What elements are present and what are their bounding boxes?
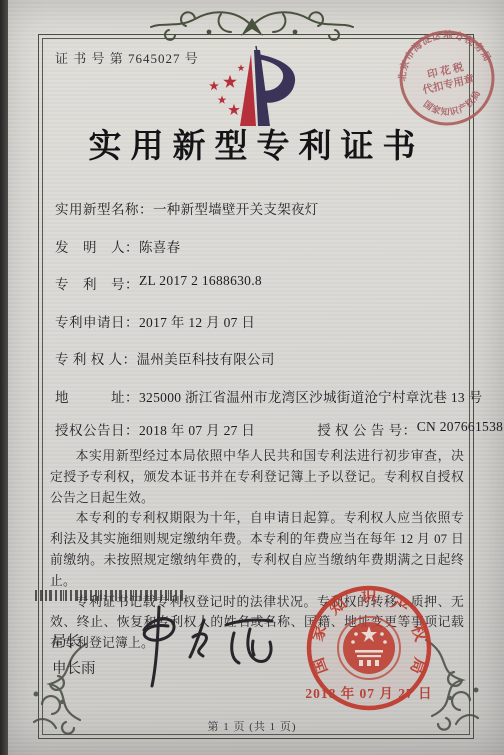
seal-date: 2018 年 07 月 27 日 — [305, 685, 432, 701]
field-label: 专利申请日： — [55, 311, 139, 331]
field-value: 一种新型墙壁开关支架夜灯 — [153, 198, 319, 218]
field-value: ZL 2017 2 1688630.8 — [139, 273, 262, 289]
field-patentee: 专 利 权 人： 温州美臣科技有限公司 — [55, 348, 470, 386]
commissioner-title: 局长 — [52, 630, 81, 651]
national-emblem-icon — [338, 617, 400, 679]
field-value: 325000 浙江省温州市龙湾区沙城街道沧宁村章沈巷 13 号 — [139, 386, 482, 406]
field-grant-date-row: 授权公告日： 2018 年 07 月 27 日 授 权 公 告 号： CN 20… — [55, 419, 470, 439]
certificate-title: 实用新型专利证书 — [0, 120, 504, 167]
field-label: 授 权 公 告 号： — [317, 419, 417, 439]
field-list: 实用新型名称： 一种新型墙壁开关支架夜灯 发 明 人： 陈喜春 专 利 号： Z… — [55, 198, 470, 439]
field-grant-publication-number: 授 权 公 告 号： CN 207661538 U — [317, 419, 504, 439]
cnipa-logo-icon — [200, 44, 310, 132]
field-label: 发 明 人： — [55, 236, 139, 256]
logo-stars — [209, 64, 245, 115]
field-inventor: 发 明 人： 陈喜春 — [55, 236, 470, 274]
field-label: 授权公告日： — [55, 419, 139, 439]
field-application-date: 专利申请日： 2017 年 12 月 07 日 — [55, 311, 470, 349]
legal-paragraph-1: 本实用新型经过本局依照中华人民共和国专利法进行初步审查，决定授予专利权，颁发本证… — [50, 446, 464, 508]
field-utility-model-name: 实用新型名称： 一种新型墙壁开关支架夜灯 — [55, 198, 470, 236]
top-flourish-ornament-icon — [117, 2, 387, 48]
field-value: 2017 年 12 月 07 日 — [139, 311, 255, 331]
legal-paragraph-2: 本专利的专利权期限为十年，自申请日起算。专利权人应当依照专利法及其实施细则规定缴… — [50, 508, 464, 591]
field-patent-number: 专 利 号： ZL 2017 2 1688630.8 — [55, 273, 470, 311]
field-value: 2018 年 07 月 27 日 — [139, 419, 255, 439]
field-value: CN 207661538 U — [417, 419, 504, 439]
field-label: 专 利 权 人： — [55, 348, 137, 368]
field-label: 实用新型名称： — [55, 198, 153, 218]
field-value: 温州美臣科技有限公司 — [137, 348, 275, 368]
field-label: 专 利 号： — [55, 273, 139, 293]
cnipa-red-seal-icon: 国 家 知 识 产 权 局 2018 年 07 月 27 日 — [299, 582, 441, 724]
commissioner-signature-icon — [116, 600, 291, 692]
svg-text:识: 识 — [361, 587, 378, 605]
field-value: 陈喜春 — [139, 236, 180, 256]
commissioner-name: 申长雨 — [52, 657, 96, 678]
certificate-photo: 证 书 号 第 7645027 号 北京市海淀区地方税务局 — [0, 0, 504, 755]
field-label: 地 址： — [55, 386, 139, 406]
certificate-number: 证 书 号 第 7645027 号 — [55, 48, 199, 67]
